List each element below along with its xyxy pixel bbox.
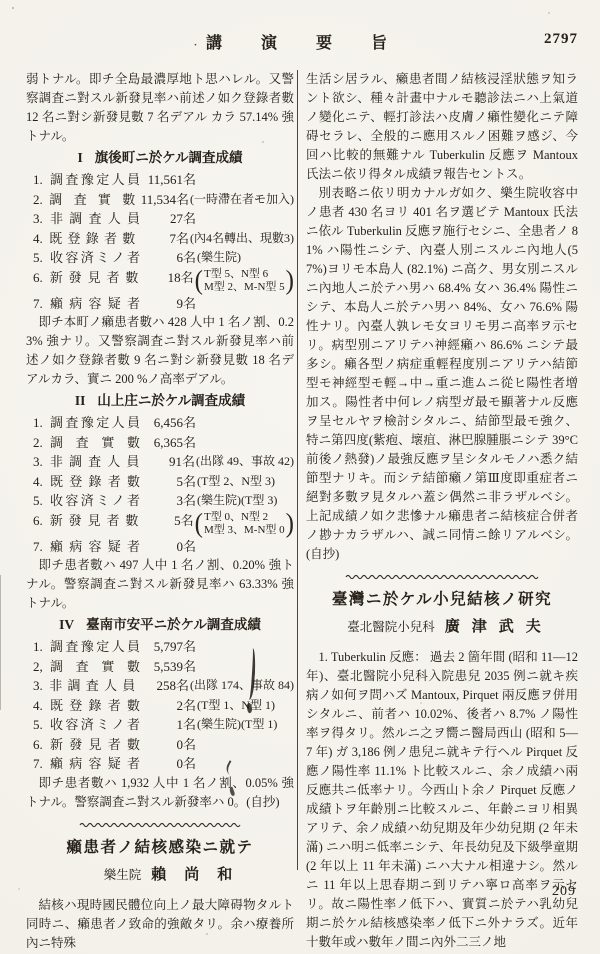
close-paren: )	[286, 510, 294, 538]
table-row: 7. 癩病容疑者 0名	[26, 537, 294, 557]
item-note: (內4名轉出、現數3)	[190, 229, 294, 249]
item-note: (T型 2、N型 3)	[197, 472, 275, 492]
type-breakdown-brace: ( T型 5、N型 6 M型 2、M-N型 5 )	[195, 268, 294, 294]
item-value: 6名	[144, 248, 196, 268]
section-title: 臺南市安平ニ於ケル調査成績	[86, 617, 261, 632]
paper-speckles	[0, 0, 2, 2]
section-heading: IV臺南市安平ニ於ケル調査成績	[26, 615, 294, 635]
author-line: 臺北醫院小兒科 廣津武夫	[306, 615, 578, 636]
table-row: 5. 收容済ミノ者 1名 (樂生院)(T型 1)	[26, 715, 294, 735]
item-value: 0名	[144, 754, 196, 774]
table-row: 5. 收容済ミノ者 6名 (樂生院)	[26, 248, 294, 268]
item-value: 6,456名	[144, 413, 196, 433]
item-label: 收容済ミノ者	[50, 491, 140, 511]
type-breakdown-lines: T型 0、N型 2 M型 3、M-N型 0	[203, 511, 286, 537]
page-number-bottom: 209	[552, 884, 576, 900]
close-paren: )	[286, 267, 294, 295]
table-row: 3. 非調査人員 27名	[26, 209, 294, 229]
item-number: 1.	[26, 637, 50, 657]
item-number: 3.	[26, 676, 49, 696]
section-title: 旗後町ニ於ケル調査成績	[95, 150, 243, 165]
scan-edge-artifact	[0, 575, 1, 710]
item-note: (樂生院)	[197, 248, 241, 268]
item-value: 5,539名	[144, 657, 196, 677]
ink-dot: ・	[191, 38, 200, 51]
item-number: 7.	[26, 537, 50, 557]
item-number: 7.	[26, 294, 50, 314]
item-label: 收容済ミノ者	[50, 715, 140, 735]
item-label: 癩病容疑者	[50, 294, 140, 314]
section-title: 山上庄ニ於ケル調査成績	[97, 393, 245, 408]
page-number-top: 2797	[544, 31, 578, 48]
author-line: 樂生院 賴尚和	[26, 863, 294, 884]
item-value: 3名	[144, 491, 196, 511]
item-label: 非調査人員	[50, 452, 139, 472]
section-numeral: I	[77, 150, 82, 165]
item-number: 6.	[26, 511, 50, 531]
item-number: 2.	[26, 433, 50, 453]
item-value: 91名	[143, 452, 195, 472]
type-breakdown-lines: T型 5、N型 6 M型 2、M-N型 5	[203, 268, 286, 294]
table-row: 7. 癩病容疑者 0名	[26, 754, 294, 774]
item-label: 調査實數	[50, 433, 140, 453]
article-title: 癩患者ノ結核感染ニ就テ	[26, 835, 294, 857]
table-row: 1. 調査豫定人員 6,456名	[26, 413, 294, 433]
paragraph: 別表略ニ依リ明カナルガ如ク、樂生院收容中ノ患者 430 名ヨリ 401 名ヲ選ビ…	[306, 184, 578, 564]
running-head-title: 講演要旨	[206, 30, 426, 53]
table-row: 6. 新發見者數 0名	[26, 735, 294, 755]
item-label: 新發見者數	[50, 268, 139, 288]
paragraph: 結核ハ現時國民體位向上ノ最大障碍物タルト同時ニ、癩患者ノ致命的強敵タリ。余ハ療養…	[26, 896, 294, 953]
item-value: 7名	[139, 229, 189, 249]
item-note: (出隊 174、事故 84)	[190, 676, 294, 696]
item-number: 4.	[26, 472, 50, 492]
item-label: 收容済ミノ者	[50, 248, 140, 268]
item-number: 6.	[26, 735, 50, 755]
item-value: 11,561名	[144, 170, 196, 190]
item-number: 6.	[26, 268, 50, 288]
item-value: 5名	[144, 472, 196, 492]
item-label: 調査豫定人員	[50, 413, 140, 433]
section-divider-wavy	[79, 821, 241, 829]
item-label: 非調査人員	[49, 676, 135, 696]
item-number: 4.	[26, 229, 49, 249]
article-title: 臺灣ニ於ケル小兒結核ノ研究	[306, 587, 578, 609]
item-label: 既登錄者數	[49, 229, 135, 249]
table-row: 2. 調査實數 6,365名	[26, 433, 294, 453]
two-column-layout: 弱トナル。即チ全島最濃厚地ト思ハレル。又警察調査ニ對スル新發見率ハ前述ノ如ク登錄…	[0, 70, 600, 953]
column-divider-rule	[297, 70, 298, 870]
item-label: 調査實數	[50, 657, 140, 677]
item-value: 5,797名	[144, 637, 196, 657]
left-column: 弱トナル。即チ全島最濃厚地ト思ハレル。又警察調査ニ對スル新發見率ハ前述ノ如ク登錄…	[26, 70, 294, 953]
item-number: 3.	[26, 452, 50, 472]
author-affiliation: 樂生院	[104, 868, 142, 882]
item-label: 新發見者數	[50, 735, 140, 755]
item-value: 18名	[142, 268, 193, 288]
item-label: 調査實數	[49, 190, 135, 210]
brace-line-1: T型 5、N型 6	[204, 268, 285, 281]
item-value: 0名	[144, 735, 196, 755]
item-value: 5名	[142, 511, 193, 531]
item-note: (一時滯在者モ加入)	[190, 190, 294, 210]
right-column: 生活シ居ラル、癩患者間ノ結核浸淫狀態ヲ知ラント欲シ、種々計畫中ナルモ聽診法ニハ上…	[306, 70, 578, 953]
item-label: 調査豫定人員	[50, 170, 140, 190]
item-value: 1名	[144, 715, 196, 735]
type-breakdown-brace: ( T型 0、N型 2 M型 3、M-N型 0 )	[195, 511, 294, 537]
item-number: 5.	[26, 248, 50, 268]
section-numeral: IV	[59, 617, 74, 632]
item-number: 2.	[26, 190, 49, 210]
item-number: 1.	[26, 413, 50, 433]
table-row: 4. 既登錄者數 7名 (內4名轉出、現數3)	[26, 229, 294, 249]
item-label: 調査豫定人員	[50, 637, 140, 657]
brace-line-2: M型 2、M-N型 5	[204, 281, 285, 294]
table-row: 4. 既登錄者數 2名 (T型 1、N型 1)	[26, 696, 294, 716]
paragraph: 生活シ居ラル、癩患者間ノ結核浸淫狀態ヲ知ラント欲シ、種々計畫中ナルモ聽診法ニハ上…	[306, 70, 578, 184]
scanned-journal-page: ・ 講演要旨 2797 弱トナル。即チ全島最濃厚地ト思ハレル。又警察調査ニ對スル…	[0, 0, 600, 954]
table-row: 5. 收容済ミノ者 3名 (樂生院)(T型 3)	[26, 491, 294, 511]
section-heading: I旗後町ニ於ケル調査成績	[26, 148, 294, 168]
open-paren: (	[195, 267, 203, 295]
item-number: 4.	[26, 696, 50, 716]
brace-line-2: M型 3、M-N型 0	[204, 524, 285, 537]
table-row: 6. 新發見者數 5名 ( T型 0、N型 2 M型 3、M-N型 0 )	[26, 511, 294, 537]
section-divider-wavy	[345, 573, 539, 581]
section-numeral: II	[75, 393, 86, 408]
item-label: 非調査人員	[50, 209, 140, 229]
item-note: (樂生院)(T型 3)	[197, 491, 277, 511]
table-row: 3. 非調査人員 91名 (出隊 49、事故 42)	[26, 452, 294, 472]
item-value: 6,365名	[144, 433, 196, 453]
item-value: 2名	[144, 696, 196, 716]
table-row: 1. 調査豫定人員 11,561名	[26, 170, 294, 190]
table-row: 4. 既登錄者數 5名 (T型 2、N型 3)	[26, 472, 294, 492]
item-label: 癩病容疑者	[50, 754, 140, 774]
item-value: 11,534名	[139, 190, 189, 210]
author-affiliation: 臺北醫院小兒科	[347, 620, 435, 634]
item-value: 258名	[139, 676, 189, 696]
item-number: 2,	[26, 657, 50, 677]
item-note: (T型 1、N型 1)	[197, 696, 275, 716]
section-result-paragraph: 即チ本町ノ癩患者數ハ 428 人中 1 名ノ割、0.23% 強ナリ。又警察調査ニ…	[26, 313, 294, 389]
item-label: 癩病容疑者	[50, 537, 140, 557]
item-number: 1.	[26, 170, 50, 190]
section-result-paragraph: 即チ患者數ハ 1,932 人中 1 名ノ割、0.05% 強トナル。警察調査ニ對ス…	[26, 774, 294, 812]
section-heading: II山上庄ニ於ケル調査成績	[26, 391, 294, 411]
paragraph: 弱トナル。即チ全島最濃厚地ト思ハレル。又警察調査ニ對スル新發見率ハ前述ノ如ク登錄…	[26, 70, 294, 146]
table-row: 6. 新發見者數 18名 ( T型 5、N型 6 M型 2、M-N型 5 )	[26, 268, 294, 294]
item-label: 新發見者數	[50, 511, 139, 531]
item-value: 9名	[144, 294, 196, 314]
item-number: 3.	[26, 209, 50, 229]
item-number: 5.	[26, 715, 50, 735]
item-value: 0名	[144, 537, 196, 557]
open-paren: (	[195, 510, 203, 538]
paragraph: 1. Tuberkulin 反應： 過去 2 箇年間 (昭和 11—12 年)、…	[306, 648, 578, 952]
section-result-paragraph: 即チ患者數ハ 497 人中 1 名ノ割、0.20% 強トナル。警察調査ニ對スル新…	[26, 556, 294, 613]
table-row: 2. 調査實數 11,534名 (一時滯在者モ加入)	[26, 190, 294, 210]
table-row: 7. 癩病容疑者 9名	[26, 294, 294, 314]
item-note: (出隊 49、事故 42)	[196, 452, 294, 472]
item-label: 既登錄者數	[50, 696, 140, 716]
brace-line-1: T型 0、N型 2	[204, 511, 285, 524]
item-number: 5.	[26, 491, 50, 511]
item-note: (樂生院)(T型 1)	[197, 715, 277, 735]
item-value: 27名	[144, 209, 196, 229]
author-name: 廣津武夫	[445, 619, 553, 635]
author-name: 賴尚和	[151, 867, 250, 883]
item-label: 既登錄者數	[50, 472, 140, 492]
item-number: 7.	[26, 754, 50, 774]
